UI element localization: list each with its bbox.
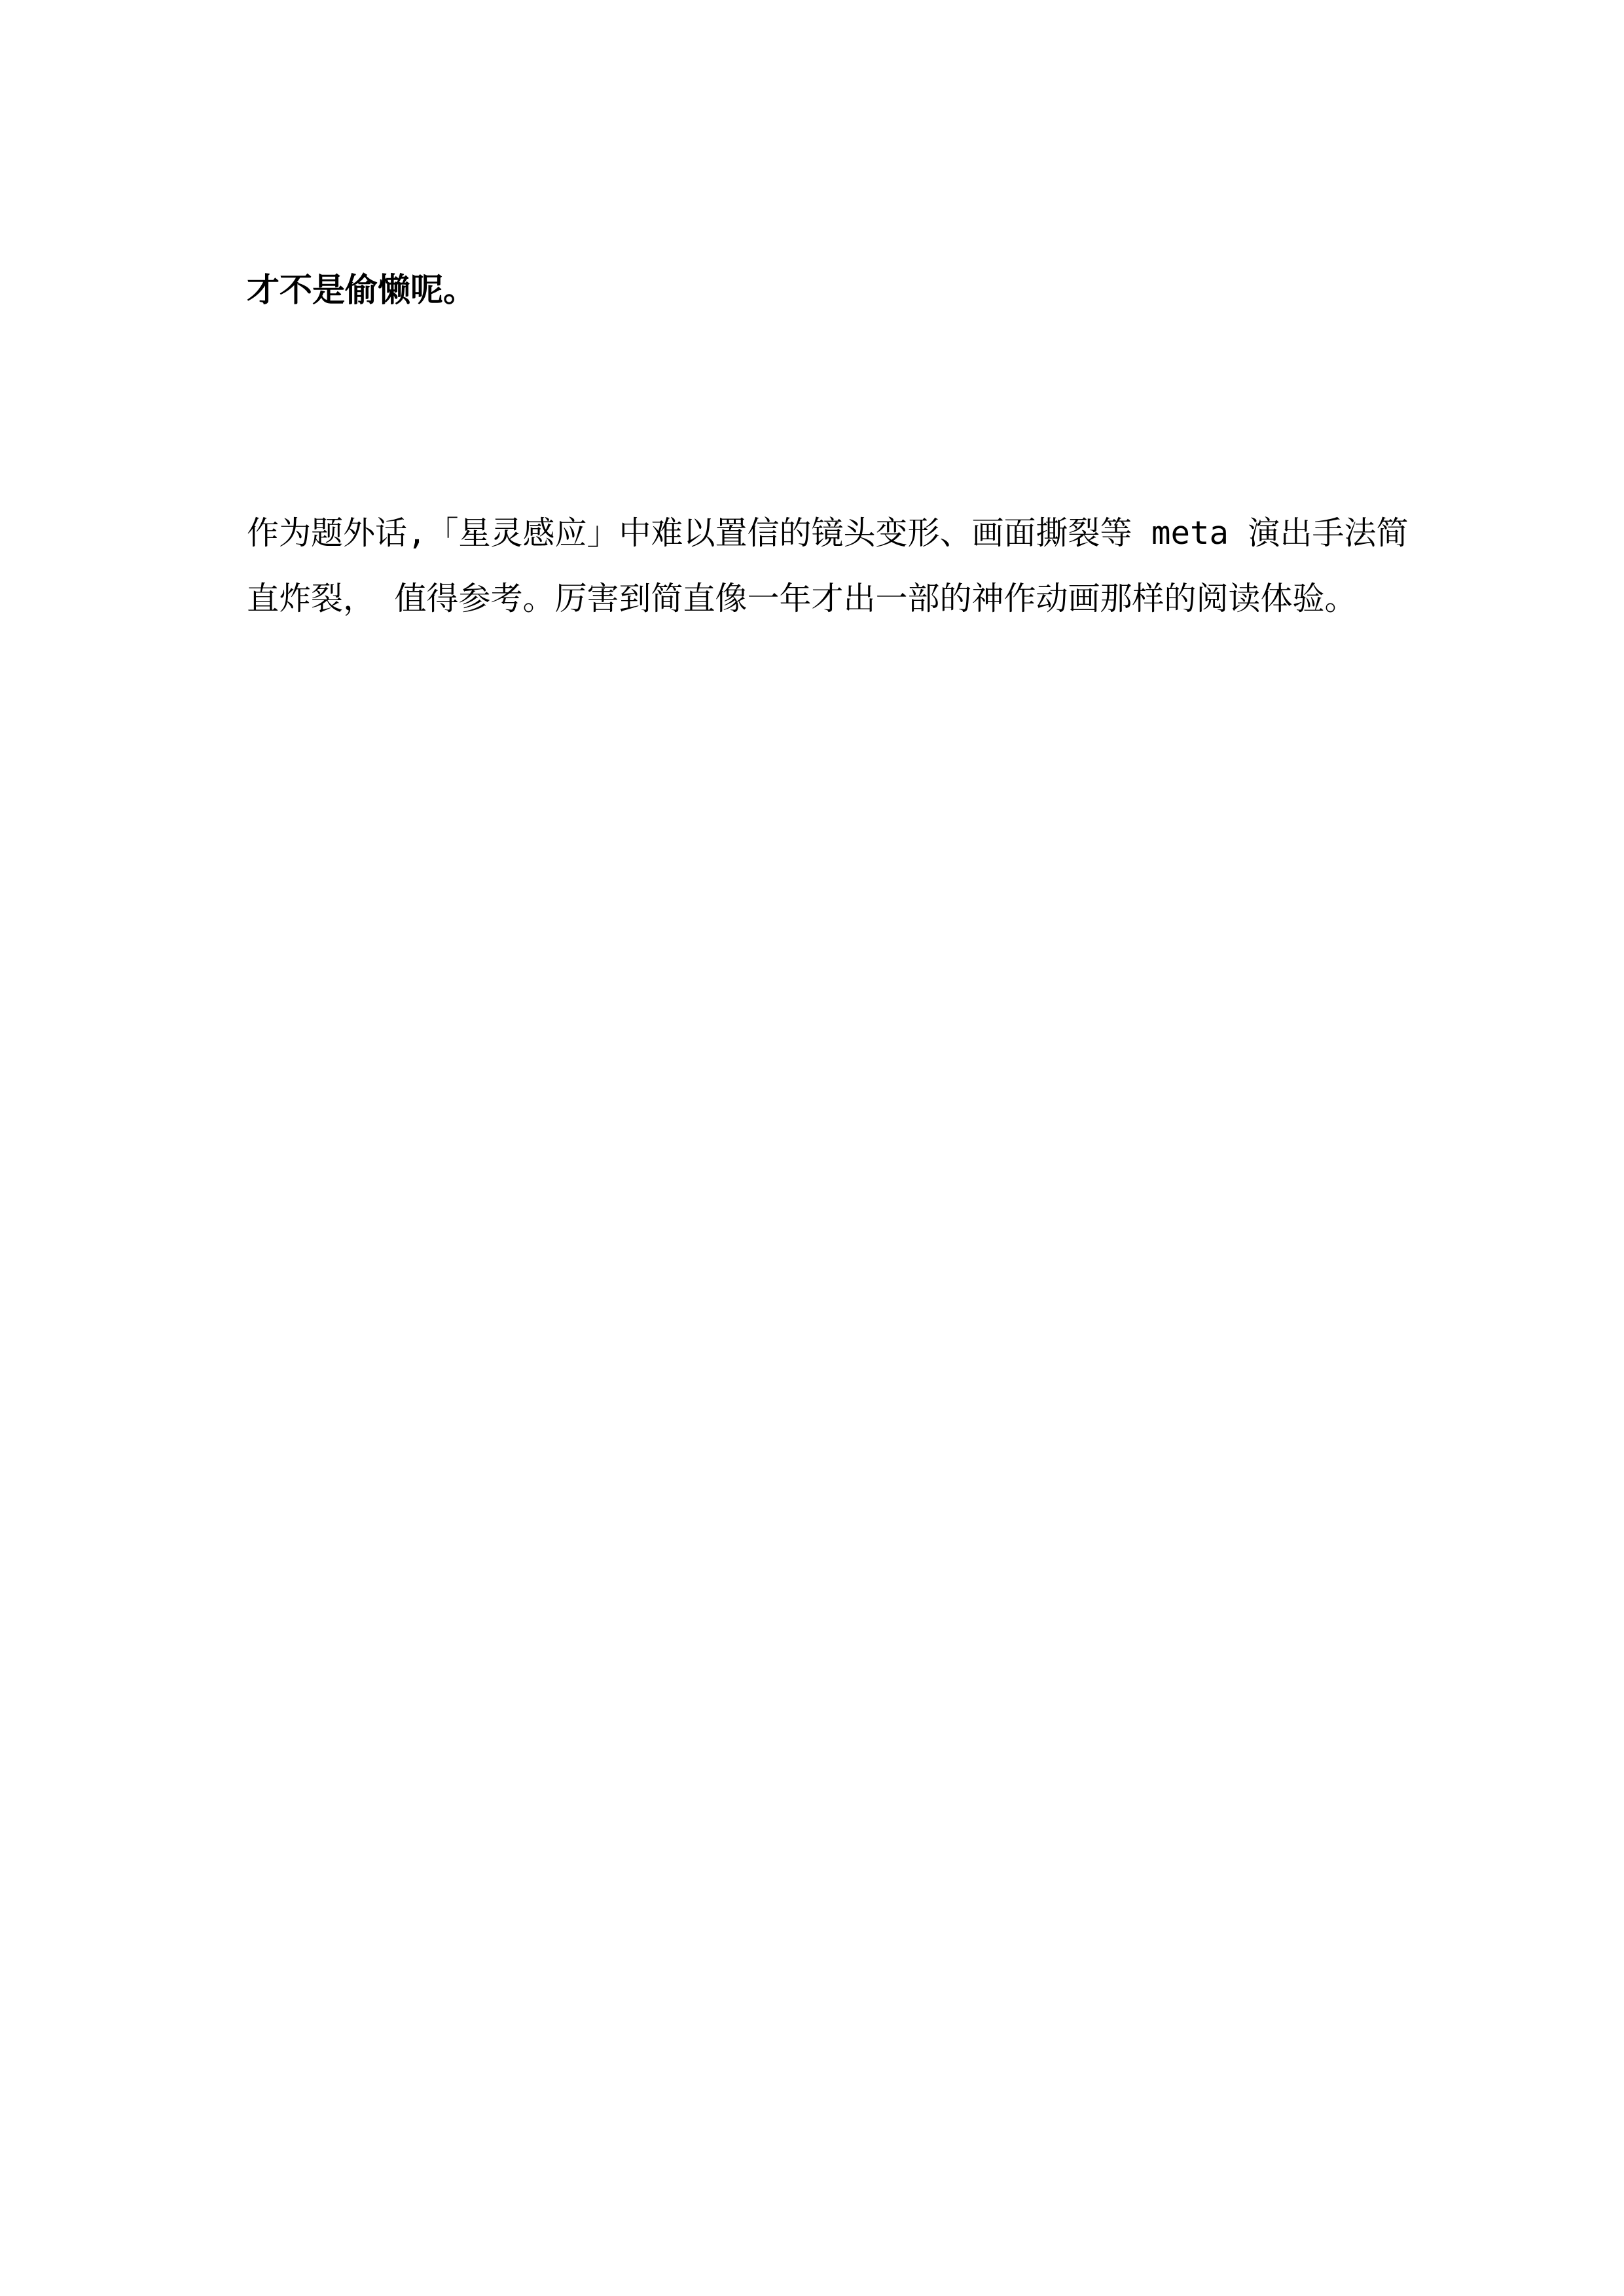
- document-page: 才不是偷懒呢。 作为题外话,「星灵感应」中难以置信的镜头变形、画面撕裂等 met…: [0, 0, 1624, 2296]
- body-paragraph: 作为题外话,「星灵感应」中难以置信的镜头变形、画面撕裂等 meta 演出手法简 …: [247, 501, 1409, 632]
- bold-heading: 才不是偷懒呢。: [247, 271, 476, 309]
- paragraph-line: 直炸裂， 值得参考。厉害到简直像一年才出一部的神作动画那样的阅读体验。: [247, 566, 1409, 632]
- paragraph-line: 作为题外话,「星灵感应」中难以置信的镜头变形、画面撕裂等 meta 演出手法简: [247, 501, 1409, 566]
